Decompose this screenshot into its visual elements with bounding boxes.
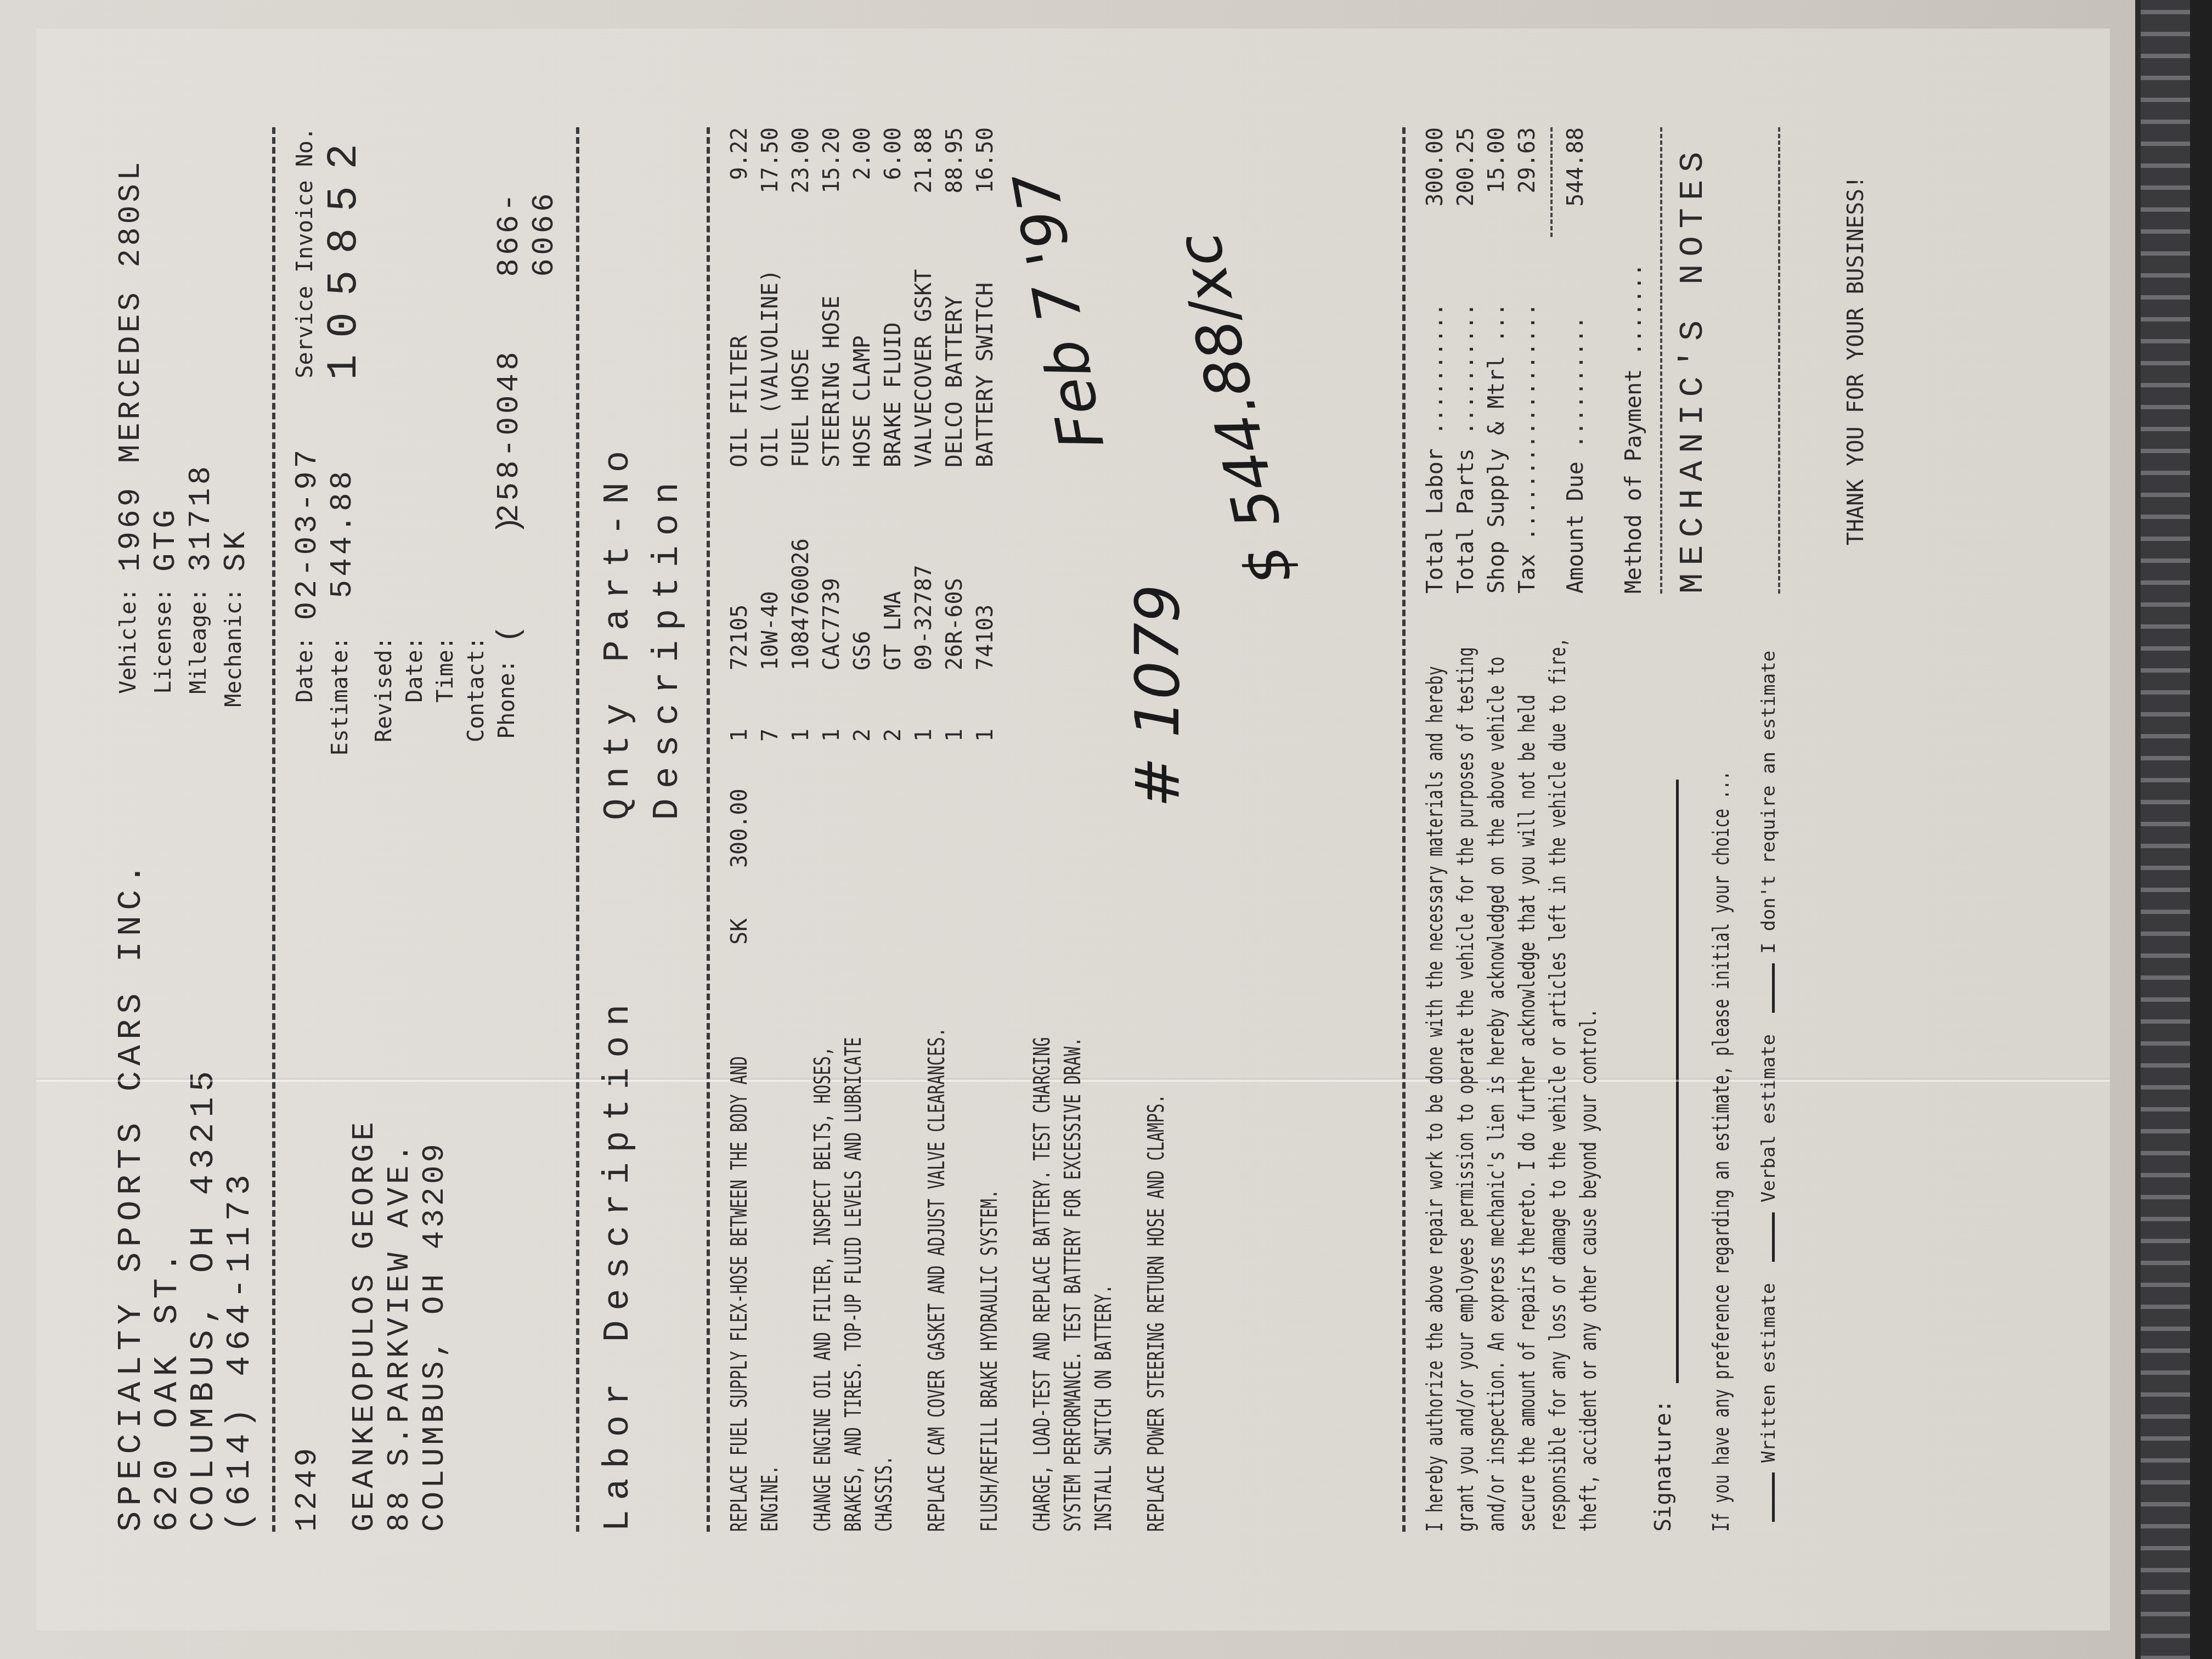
parts-row: 11084760026FUEL HOSE23.00 — [786, 127, 816, 742]
thank-you-text: THANK YOU FOR YOUR BUSINESS! — [1841, 127, 1871, 594]
customer-name: GEANKEOPULOS GEORGE — [347, 801, 382, 1532]
invoice-header: SPECIALTY SPORTS CARS INC. 620 OAK ST. C… — [113, 127, 258, 1532]
written-estimate-label: Written estimate — [1758, 1283, 1780, 1463]
revised-label: Revised: — [369, 620, 399, 801]
divider — [1402, 127, 1406, 1532]
footer-block: I hereby authorize the above repair work… — [1420, 127, 1871, 1532]
customer-info: 1249 GEANKEOPULOS GEORGE 88 S.PARKVIEW A… — [290, 801, 562, 1532]
estimate-preference-text: If you have any preference regarding an … — [1706, 880, 1737, 1532]
divider — [272, 127, 275, 1532]
subtotal-divider — [1550, 127, 1553, 237]
vehicle-label: Vehicle: — [113, 572, 148, 753]
date2-label: Date: — [399, 620, 430, 801]
total-row: Total Parts ..........200.25 — [1451, 127, 1481, 594]
customer-estimate-block: 1249 GEANKEOPULOS GEORGE 88 S.PARKVIEW A… — [290, 127, 562, 1532]
vehicle-info: Vehicle:1969 MERCEDES 280SL License:GTG … — [113, 127, 258, 753]
date-label: Date: — [290, 620, 325, 801]
phone-label: Phone: — [492, 643, 562, 801]
divider — [576, 127, 579, 1532]
verbal-estimate-label: Verbal estimate — [1758, 1034, 1780, 1203]
parts-row: 2GS6HOSE CLAMP2.00 — [847, 127, 878, 742]
written-estimate-initial[interactable] — [1772, 1472, 1775, 1522]
parts-row: 174103BATTERY SWITCH16.50 — [970, 127, 1001, 742]
parts-row: 1CAC7739STEERING HOSE15.20 — [816, 127, 847, 742]
shop-name: SPECIALTY SPORTS CARS INC. — [113, 753, 149, 1532]
shop-city: COLUMBUS, OH 43215 — [185, 753, 222, 1532]
license-value: GTG — [148, 506, 183, 572]
parts-title: Qnty Part-No Description — [594, 127, 692, 820]
labor-item: REPLACE FUEL SUPPLY FLEX-HOSE BETWEEN TH… — [724, 1018, 786, 1532]
time-label: Time: — [430, 620, 461, 801]
labor-item: FLUSH/REFILL BRAKE HYDRAULIC SYSTEM. — [974, 1018, 1005, 1532]
service-invoice-page: SPECIALTY SPORTS CARS INC. 620 OAK ST. C… — [36, 29, 2110, 1630]
shop-street: 620 OAK ST. — [149, 753, 185, 1532]
shop-phone: (614) 464-1173 — [222, 753, 258, 1532]
authorization-block: I hereby authorize the above repair work… — [1420, 627, 1871, 1532]
total-row: Shop Supply & Mtrl ...15.00 — [1481, 127, 1512, 594]
estimate-options: Written estimate Verbal estimate I don't… — [1753, 627, 1784, 1532]
divider — [707, 127, 710, 1532]
divider — [1660, 127, 1662, 594]
parts-row: 710W-40OIL (VALVOLINE)17.50 — [755, 127, 786, 742]
labor-list: REPLACE FUEL SUPPLY FLEX-HOSE BETWEEN TH… — [724, 945, 1194, 1532]
payment-method-label: Method of Payment ....... — [1618, 127, 1649, 594]
binder-shadow — [2190, 0, 2212, 1659]
customer-city: COLUMBUS, OH 43209 — [417, 801, 452, 1532]
parts-row: 2GT LMABRAKE FLUID6.00 — [878, 127, 909, 742]
mileage-label: Mileage: — [183, 572, 218, 753]
contact-label: Contact: — [461, 620, 492, 801]
labor-parts-body: REPLACE FUEL SUPPLY FLEX-HOSE BETWEEN TH… — [724, 127, 1194, 1532]
phone-area: ( ) — [492, 522, 562, 643]
handwritten-check-number: # 1079 — [1122, 584, 1193, 808]
estimate-label: Estimate: — [325, 620, 360, 801]
labor-item: CHANGE ENGINE OIL AND FILTER, INSPECT BE… — [808, 1018, 900, 1532]
invoice-label: Service Invoice No. — [290, 127, 320, 380]
labor-item: CHARGE, LOAD-TEST AND REPLACE BATTERY. T… — [1027, 1018, 1119, 1532]
phone-1: 258-0048 — [492, 277, 562, 523]
phone-2: 866-6066 — [492, 127, 562, 277]
no-estimate-initial[interactable] — [1772, 963, 1775, 1013]
customer-street: 88 S.PARKVIEW AVE. — [382, 801, 417, 1532]
vehicle-value: 1969 MERCEDES 280SL — [113, 159, 148, 572]
no-estimate-label: I don't require an estimate — [1758, 651, 1780, 954]
total-row: Tax ..................29.63 — [1512, 127, 1543, 594]
amount-due-value: 544.88 — [1560, 127, 1591, 207]
labor-item: REPLACE POWER STEERING RETURN HOSE AND C… — [1141, 1018, 1172, 1532]
license-label: License: — [148, 572, 183, 753]
signature-label: Signature: — [1648, 1400, 1679, 1532]
customer-account: 1249 — [290, 801, 325, 1532]
parts-row: 126R-60SDELCO BATTERY88.95 — [939, 127, 970, 742]
totals-block: Total Labor ..........300.00 Total Parts… — [1420, 127, 1871, 627]
estimate-info: Date:02-03-97 Estimate:544.88 Service In… — [290, 127, 562, 801]
invoice-number: 105852 — [320, 127, 369, 380]
mechanic-value: SK — [218, 528, 253, 572]
labor-title: Labor Description — [594, 820, 692, 1532]
mechanics-notes-title: MECHANIC'S NOTES — [1673, 127, 1712, 594]
parts-row: 172105OIL FILTER9.22 — [724, 127, 755, 742]
labor-item: REPLACE CAM COVER GASKET AND ADJUST VALV… — [922, 1018, 952, 1532]
mechanic-label: Mechanic: — [218, 572, 253, 753]
mileage-value: 31718 — [183, 463, 218, 572]
parts-row: 109-32787VALVECOVER GSKT21.88 — [909, 127, 939, 742]
date-value: 02-03-97 — [290, 447, 325, 620]
amount-due-row: Amount Due ..........544.88 — [1560, 127, 1591, 594]
labor-mechanic: SK — [724, 868, 1194, 945]
total-row: Total Labor ..........300.00 — [1420, 127, 1451, 594]
verbal-estimate-initial[interactable] — [1772, 1212, 1775, 1262]
authorization-text: I hereby authorize the above repair work… — [1420, 631, 1604, 1532]
estimate-value: 544.88 — [325, 468, 360, 620]
